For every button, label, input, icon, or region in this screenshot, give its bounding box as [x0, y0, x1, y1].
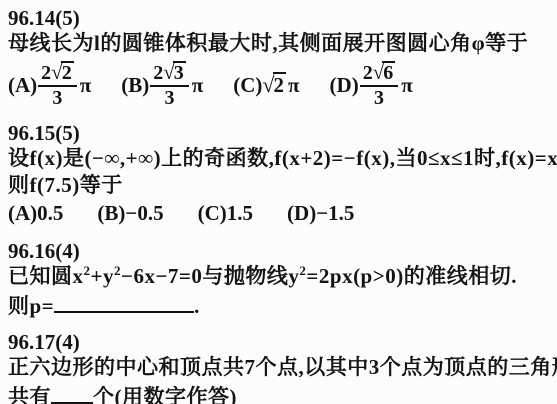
stem-text: +y: [91, 264, 114, 288]
superscript-2: 2: [84, 263, 91, 278]
sqrt-expression: √3: [163, 62, 186, 84]
fraction-numerator: 2√2: [38, 61, 77, 87]
answer-suffix: 个(用数字作答): [93, 385, 237, 404]
fraction: 2√6 3: [360, 61, 399, 109]
question-stem: 已知圆x2+y2−6x−7=0与抛物线y2=2px(p>0)的准线相切.: [8, 263, 549, 290]
coefficient: 2: [41, 62, 51, 84]
fraction-denominator: 3: [374, 87, 384, 109]
option-label: (D): [330, 73, 359, 98]
fraction: 2√2 3: [38, 61, 77, 109]
question-stem: 母线长为l的圆锥体积最大时,其侧面展开图圆心角φ等于: [8, 30, 549, 57]
question-stem-line1: 设f(x)是(−∞,+∞)上的奇函数,f(x+2)=−f(x),当0≤x≤1时,…: [8, 145, 549, 172]
fraction-denominator: 3: [164, 87, 174, 109]
option-a: (A)0.5: [8, 201, 63, 225]
option-c: (C)1.5: [198, 201, 253, 225]
option-value: −1.5: [316, 201, 354, 225]
option-value: 0.5: [37, 201, 63, 225]
radicand: 6: [382, 61, 395, 84]
question-96-16: 96.16(4) 已知圆x2+y2−6x−7=0与抛物线y2=2px(p>0)的…: [8, 239, 549, 320]
pi-symbol: π: [80, 73, 92, 98]
question-96-15: 96.15(5) 设f(x)是(−∞,+∞)上的奇函数,f(x+2)=−f(x)…: [8, 121, 549, 225]
fraction-numerator: 2√6: [360, 61, 399, 87]
question-number: 96.15(5): [8, 121, 549, 145]
superscript-2: 2: [114, 263, 121, 278]
question-stem: 正六边形的中心和顶点共7个点,以其中3个点为顶点的三角形: [8, 354, 549, 381]
answer-prefix: 共有: [8, 385, 51, 404]
option-a: (A) 2√2 3 π: [8, 61, 91, 109]
fraction-numerator: 2√3: [150, 61, 189, 87]
pi-symbol: π: [192, 73, 204, 98]
stem-text: −6x−7=0与抛物线y: [121, 264, 299, 288]
stem-text: 已知圆x: [8, 264, 84, 288]
option-label: (B): [97, 201, 125, 225]
pi-symbol: π: [288, 73, 300, 98]
option-value: 1.5: [227, 201, 253, 225]
answer-blank: [54, 290, 194, 313]
option-label: (D): [287, 201, 316, 225]
option-label: (A): [8, 201, 37, 225]
option-label: (A): [8, 73, 37, 98]
question-number: 96.17(4): [8, 330, 549, 354]
option-b: (B)−0.5: [97, 201, 163, 225]
option-label: (B): [121, 73, 149, 98]
radicand: 2: [61, 61, 74, 84]
answer-blank: [51, 381, 93, 404]
radicand: 3: [173, 61, 186, 84]
answer-line: 则p=.: [8, 290, 549, 320]
answer-prefix: 则p=: [8, 294, 54, 318]
options-row: (A)0.5 (B)−0.5 (C)1.5 (D)−1.5: [8, 201, 549, 225]
sqrt-expression: √6: [373, 62, 396, 84]
question-number: 96.16(4): [8, 239, 549, 263]
coefficient: 2: [153, 62, 163, 84]
option-d: (D)−1.5: [287, 201, 354, 225]
option-b: (B) 2√3 3 π: [121, 61, 203, 109]
option-label: (C): [233, 73, 262, 98]
option-c: (C) √2 π: [233, 72, 299, 98]
fraction-denominator: 3: [52, 87, 62, 109]
coefficient: 2: [363, 62, 373, 84]
question-96-17: 96.17(4) 正六边形的中心和顶点共7个点,以其中3个点为顶点的三角形 共有…: [8, 330, 549, 404]
option-d: (D) 2√6 3 π: [330, 61, 413, 109]
question-stem-line2: 则f(7.5)等于: [8, 172, 549, 199]
exam-document-page: 96.14(5) 母线长为l的圆锥体积最大时,其侧面展开图圆心角φ等于 (A) …: [0, 0, 557, 404]
option-label: (C): [198, 201, 227, 225]
stem-text: =2px(p>0)的准线相切.: [306, 264, 517, 288]
option-value: −0.5: [125, 201, 163, 225]
sqrt-expression: √2: [51, 62, 74, 84]
pi-symbol: π: [401, 73, 413, 98]
question-number: 96.14(5): [8, 6, 549, 30]
sqrt-expression: √2: [262, 72, 286, 98]
question-96-14: 96.14(5) 母线长为l的圆锥体积最大时,其侧面展开图圆心角φ等于 (A) …: [8, 6, 549, 111]
radicand: 2: [273, 72, 287, 96]
answer-line: 共有个(用数字作答): [8, 381, 549, 404]
options-row: (A) 2√2 3 π (B) 2√3 3 π (C) √2 π: [8, 59, 549, 111]
fraction: 2√3 3: [150, 61, 189, 109]
answer-suffix: .: [194, 294, 200, 318]
